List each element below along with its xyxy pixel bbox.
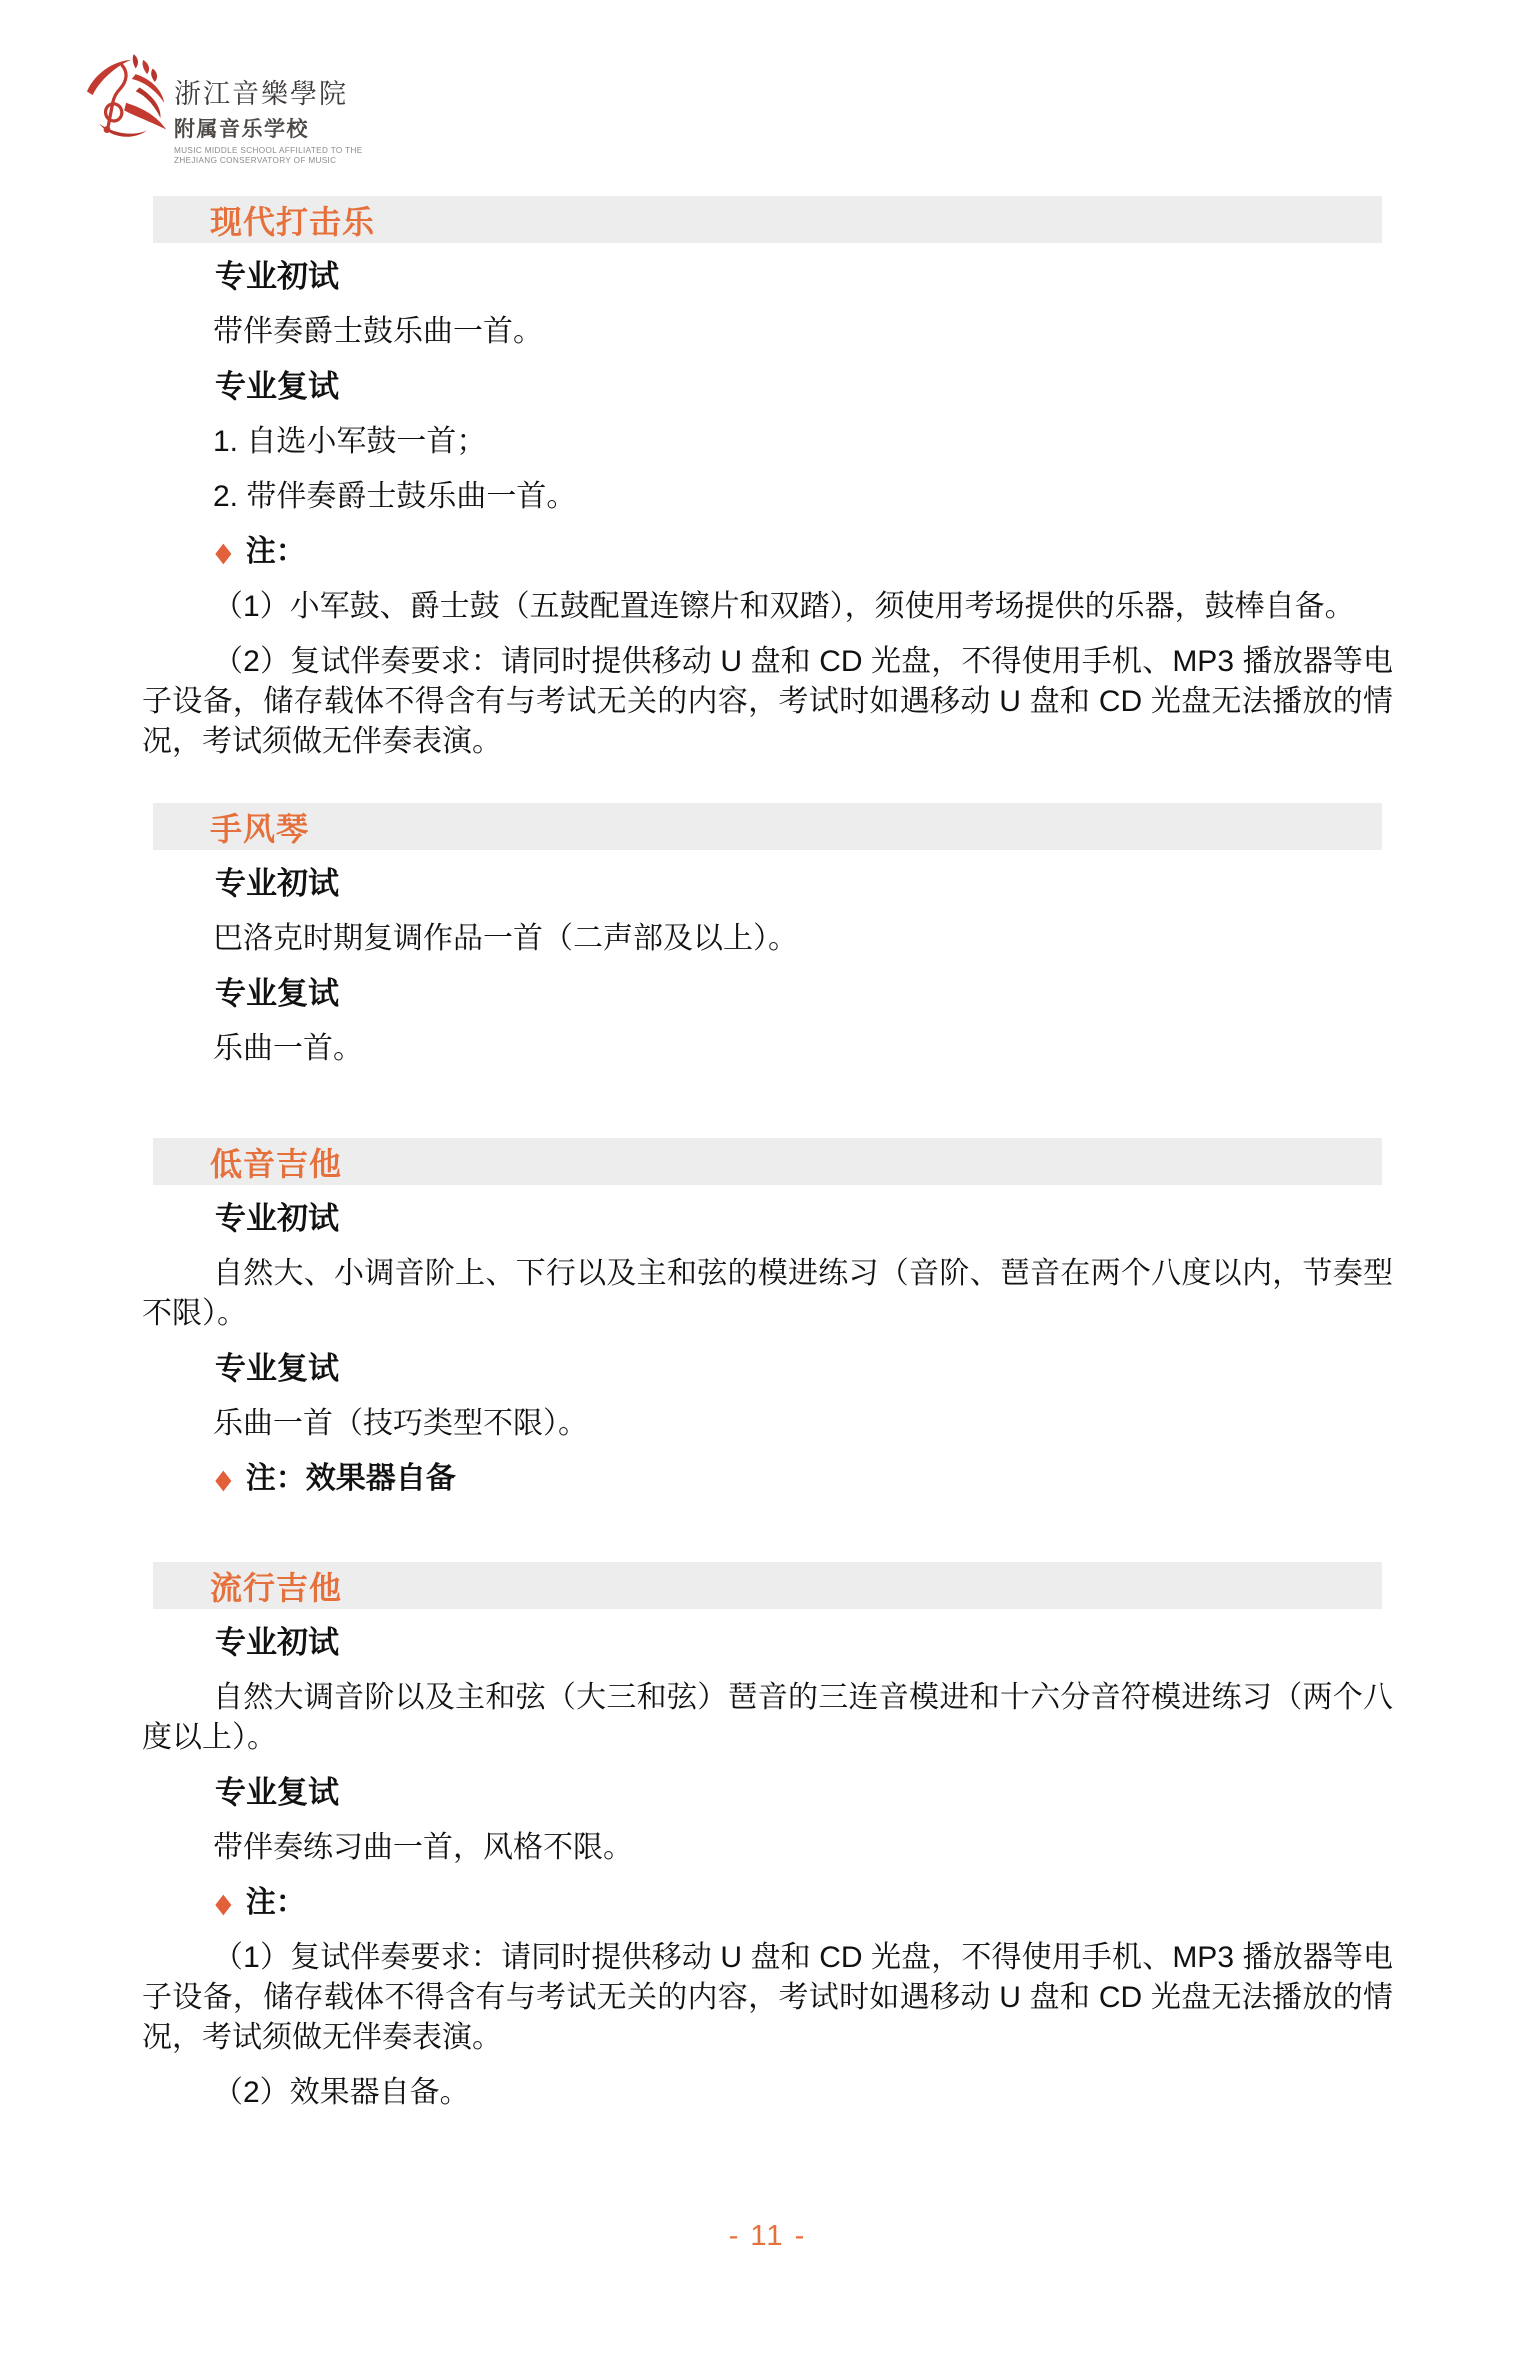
requirement-text: 自然大、小调音阶上、下行以及主和弦的模进练习（音阶、琶音在两个八度以内，节奏型不… bbox=[142, 1254, 1393, 1334]
section-title: 现代打击乐 bbox=[210, 197, 375, 243]
note-diamond-icon: ◆ bbox=[215, 1883, 231, 1923]
requirement-text: 巴洛克时期复调作品一首（二声部及以上）。 bbox=[142, 919, 1393, 959]
note-text: 注： bbox=[246, 532, 306, 572]
section-title: 流行吉他 bbox=[210, 1563, 342, 1609]
section-title: 低音吉他 bbox=[210, 1139, 342, 1185]
school-name-cn: 附属音乐学校 bbox=[174, 113, 363, 143]
school-name-en-line2: ZHEJIANG CONSERVATORY OF MUSIC bbox=[174, 156, 363, 166]
note-diamond-icon: ◆ bbox=[215, 1459, 231, 1499]
exam-stage-heading: 专业复试 bbox=[142, 1773, 1393, 1813]
school-name-en-line1: MUSIC MIDDLE SCHOOL AFFILIATED TO THE bbox=[174, 146, 363, 156]
section-header-bar: 低音吉他 bbox=[153, 1138, 1382, 1185]
section-bass-guitar: 低音吉他 专业初试 自然大、小调音阶上、下行以及主和弦的模进练习（音阶、琶音在两… bbox=[142, 1138, 1393, 1514]
requirement-text: 乐曲一首。 bbox=[142, 1029, 1393, 1069]
note-diamond-icon: ◆ bbox=[215, 532, 231, 572]
requirement-text: 自然大调音阶以及主和弦（大三和弦）琶音的三连音模进和十六分音符模进练习（两个八度… bbox=[142, 1678, 1393, 1758]
section-header-bar: 现代打击乐 bbox=[153, 196, 1382, 243]
section-modern-percussion: 现代打击乐 专业初试 带伴奏爵士鼓乐曲一首。 专业复试 1. 自选小军鼓一首； … bbox=[142, 196, 1393, 777]
requirement-text: 乐曲一首（技巧类型不限）。 bbox=[142, 1404, 1393, 1444]
page-number: - 11 - bbox=[0, 2220, 1535, 2253]
exam-stage-heading: 专业初试 bbox=[142, 257, 1393, 297]
phoenix-treble-clef-icon bbox=[86, 52, 170, 146]
section-pop-guitar: 流行吉他 专业初试 自然大调音阶以及主和弦（大三和弦）琶音的三连音模进和十六分音… bbox=[142, 1562, 1393, 2128]
note-item-text: （2）效果器自备。 bbox=[142, 2073, 1393, 2113]
exam-stage-heading: 专业复试 bbox=[142, 1349, 1393, 1389]
exam-stage-heading: 专业复试 bbox=[142, 974, 1393, 1014]
note-text: 注： bbox=[246, 1883, 306, 1923]
note-item-text: （2）复试伴奏要求：请同时提供移动 U 盘和 CD 光盘，不得使用手机、MP3 … bbox=[142, 642, 1393, 762]
note-line: ◆ 注：效果器自备 bbox=[213, 1459, 1393, 1499]
section-accordion: 手风琴 专业初试 巴洛克时期复调作品一首（二声部及以上）。 专业复试 乐曲一首。 bbox=[142, 803, 1393, 1084]
section-header-bar: 流行吉他 bbox=[153, 1562, 1382, 1609]
section-header-bar: 手风琴 bbox=[153, 803, 1382, 850]
logo-text-block: 浙江音樂學院 附属音乐学校 MUSIC MIDDLE SCHOOL AFFILI… bbox=[174, 52, 363, 166]
note-item-text: （1）复试伴奏要求：请同时提供移动 U 盘和 CD 光盘，不得使用手机、MP3 … bbox=[142, 1938, 1393, 2058]
exam-stage-heading: 专业初试 bbox=[142, 1199, 1393, 1239]
requirement-text: 带伴奏练习曲一首，风格不限。 bbox=[142, 1828, 1393, 1868]
school-logo: 浙江音樂學院 附属音乐学校 MUSIC MIDDLE SCHOOL AFFILI… bbox=[86, 52, 363, 166]
exam-stage-heading: 专业初试 bbox=[142, 864, 1393, 904]
exam-stage-heading: 专业初试 bbox=[142, 1623, 1393, 1663]
exam-stage-heading: 专业复试 bbox=[142, 367, 1393, 407]
section-title: 手风琴 bbox=[210, 804, 309, 850]
note-item-text: （1）小军鼓、爵士鼓（五鼓配置连镲片和双踏），须使用考场提供的乐器，鼓棒自备。 bbox=[142, 587, 1393, 627]
note-line: ◆ 注： bbox=[213, 1883, 1393, 1923]
conservatory-name-cn: 浙江音樂學院 bbox=[174, 72, 363, 111]
note-line: ◆ 注： bbox=[213, 532, 1393, 572]
requirement-text: 2. 带伴奏爵士鼓乐曲一首。 bbox=[142, 477, 1393, 517]
note-text: 注：效果器自备 bbox=[246, 1459, 456, 1499]
requirement-text: 带伴奏爵士鼓乐曲一首。 bbox=[142, 312, 1393, 352]
requirement-text: 1. 自选小军鼓一首； bbox=[142, 422, 1393, 462]
